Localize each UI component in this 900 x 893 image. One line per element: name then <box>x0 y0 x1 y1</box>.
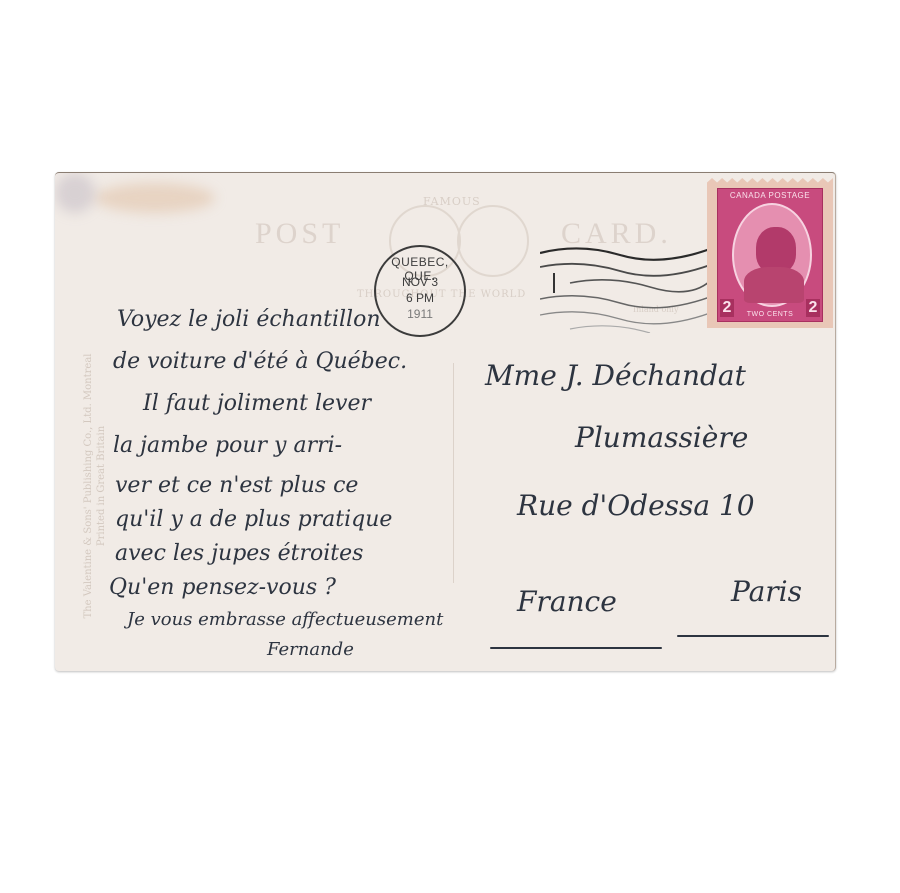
message-line: Je vous embrasse affectueusement <box>127 609 443 630</box>
city-underline <box>677 635 829 637</box>
stamp-country: CANADA POSTAGE <box>718 191 822 200</box>
postmark-date: NOV 3 <box>376 275 464 289</box>
publisher-imprint: The Valentine & Sons' Publishing Co., Lt… <box>82 276 108 671</box>
address-line: Plumassière <box>575 421 748 454</box>
center-divider <box>453 363 454 583</box>
postmark-year: 1911 <box>376 307 464 321</box>
publisher-line-1: The Valentine & Sons' Publishing Co., Lt… <box>82 276 95 671</box>
message-line: Qu'en pensez-vous ? <box>109 575 336 600</box>
address-line: Mme J. Déchandat <box>485 359 746 392</box>
stamp-portrait-oval <box>732 203 812 307</box>
publisher-line-2: Printed in Great Britain <box>95 276 108 671</box>
message-line: ver et ce n'est plus ce <box>115 473 358 498</box>
king-bust-icon <box>744 267 804 303</box>
message-line: avec les jupes étroites <box>115 541 363 566</box>
corner-smudge <box>55 173 95 213</box>
age-stain <box>95 183 215 213</box>
address-city: Paris <box>731 575 802 608</box>
wavy-cancellation-icon <box>540 243 710 333</box>
message-line: qu'il y a de plus pratique <box>115 507 392 532</box>
address-line: Rue d'Odessa 10 <box>517 489 755 522</box>
postage-stamp: CANADA POSTAGE 2 TWO CENTS 2 <box>707 178 833 328</box>
postmark-time: 6 PM <box>376 291 464 305</box>
message-line: Voyez le joli échantillon <box>117 307 380 332</box>
postmark: QUEBEC, QUE. NOV 3 6 PM 1911 <box>374 245 466 337</box>
message-line: de voiture d'été à Québec. <box>113 349 407 374</box>
signature: Fernande <box>267 639 354 660</box>
country-underline <box>490 647 662 649</box>
address-country: France <box>517 585 617 618</box>
stamp-value-right: 2 <box>806 299 820 317</box>
medallion-right-icon <box>457 205 529 277</box>
printed-post: POST <box>255 217 344 251</box>
message-line: Il faut joliment lever <box>143 391 371 416</box>
message-line: la jambe pour y arri- <box>113 433 342 458</box>
postcard-back: FAMOUS POST CARD. THROUGHOUT THE WORLD I… <box>55 172 836 671</box>
stamp-frame: CANADA POSTAGE 2 TWO CENTS 2 <box>717 188 823 322</box>
